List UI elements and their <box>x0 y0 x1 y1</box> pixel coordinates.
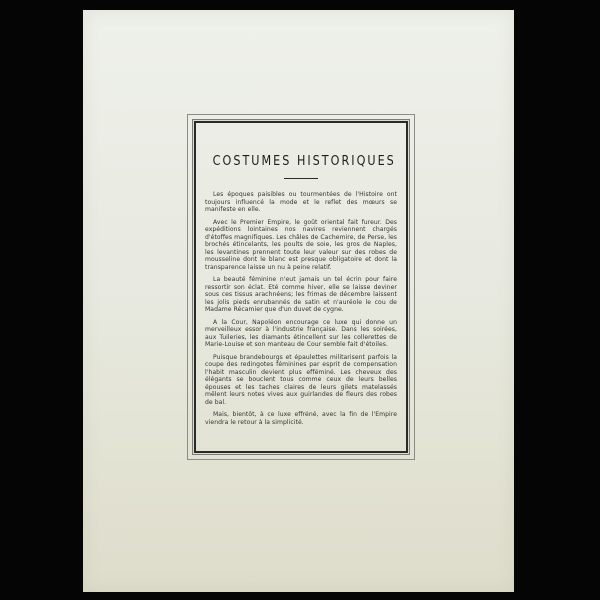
paragraph: La beauté féminine n'eut jamais un tel é… <box>205 276 397 314</box>
paragraph: Les époques paisibles ou tourmentées de … <box>205 191 397 214</box>
paragraph: Avec le Premier Empire, le goût oriental… <box>205 219 397 272</box>
document-page: COSTUMES HISTORIQUES Les époques paisibl… <box>83 10 514 592</box>
body-text: Les époques paisibles ou tourmentées de … <box>205 191 397 426</box>
title-underline-rule <box>284 178 318 179</box>
paragraph: A la Cour, Napoléon encourage ce luxe qu… <box>205 319 397 349</box>
inner-frame-border: COSTUMES HISTORIQUES Les époques paisibl… <box>194 121 408 453</box>
document-title: COSTUMES HISTORIQUES <box>213 153 390 169</box>
paragraph: Puisque brandebourgs et épaulettes milit… <box>205 354 397 407</box>
paragraph: Mais, bientôt, à ce luxe effréné, avec l… <box>205 411 397 426</box>
outer-frame-border: COSTUMES HISTORIQUES Les époques paisibl… <box>187 114 415 460</box>
